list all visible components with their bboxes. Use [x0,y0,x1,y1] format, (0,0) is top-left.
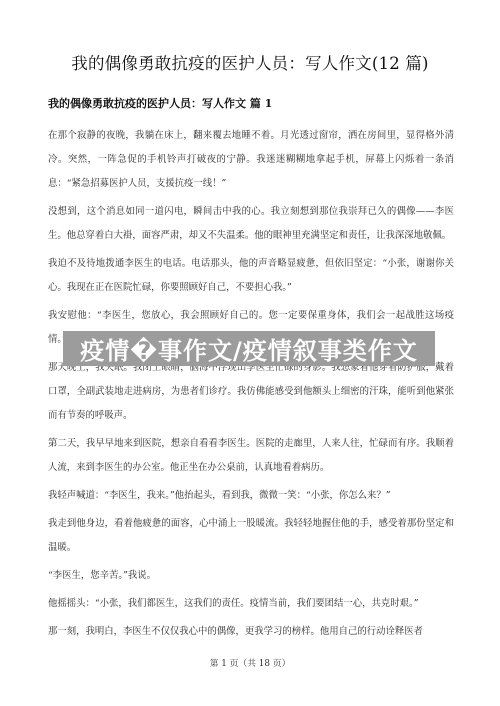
paragraph: 那一刻，我明白，李医生不仅仅我心中的偶像，更我学习的榜样。他用自己的行动诠释医者 [48,620,454,644]
paragraph: 没想到，这个消息如同一道闪电，瞬间击中我的心。我立刻想到那位我崇拜已久的偶像——… [48,200,454,248]
paragraph: 我走到他身边，看着他疲惫的面容，心中涌上一股暖流。我轻轻地握住他的手，感受着那份… [48,512,454,560]
paragraph: 他摇摇头：“小张，我们都医生，这我们的责任。疫情当前，我们要团结一心，共克时艰。… [48,592,454,616]
paragraph: “李医生，您辛苦。”我说。 [48,564,454,588]
paragraph: 第二天，我早早地来到医院，想亲自看看李医生。医院的走廊里，人来人往，忙碌而有序。… [48,432,454,480]
paragraph: 我轻声喊道：“李医生，我来。”他抬起头，看到我，微微一笑：“小张，你怎么来？” [48,484,454,508]
paragraph: 那天晚上，我失眠。我闭上眼睛，脑海中浮现出李医生忙碌的身影。我想象着他穿着防护服… [48,356,454,428]
document-title: 我的偶像勇敢抗疫的医护人员：写人作文(12 篇) [0,50,500,74]
overlay-title-banner: 疫情�事作文/疫情叙事类作文 [63,331,435,366]
page-footer: 第 1 页（共 18 页） [0,656,500,669]
paragraph: 在那个寂静的夜晚，我躺在床上，翻来覆去地睡不着。月光透过窗帘，洒在房间里，显得格… [48,124,454,196]
document-page: 我的偶像勇敢抗疫的医护人员：写人作文(12 篇) 我的偶像勇敢抗疫的医护人员：写… [0,0,500,706]
document-body: 在那个寂静的夜晚，我躺在床上，翻来覆去地睡不着。月光透过窗帘，洒在房间里，显得格… [48,124,454,648]
section-heading: 我的偶像勇敢抗疫的医护人员：写人作文 篇 1 [48,95,272,111]
paragraph: 我迫不及待地拨通李医生的电话。电话那头，他的声音略显疲惫，但依旧坚定：“小张，谢… [48,252,454,300]
